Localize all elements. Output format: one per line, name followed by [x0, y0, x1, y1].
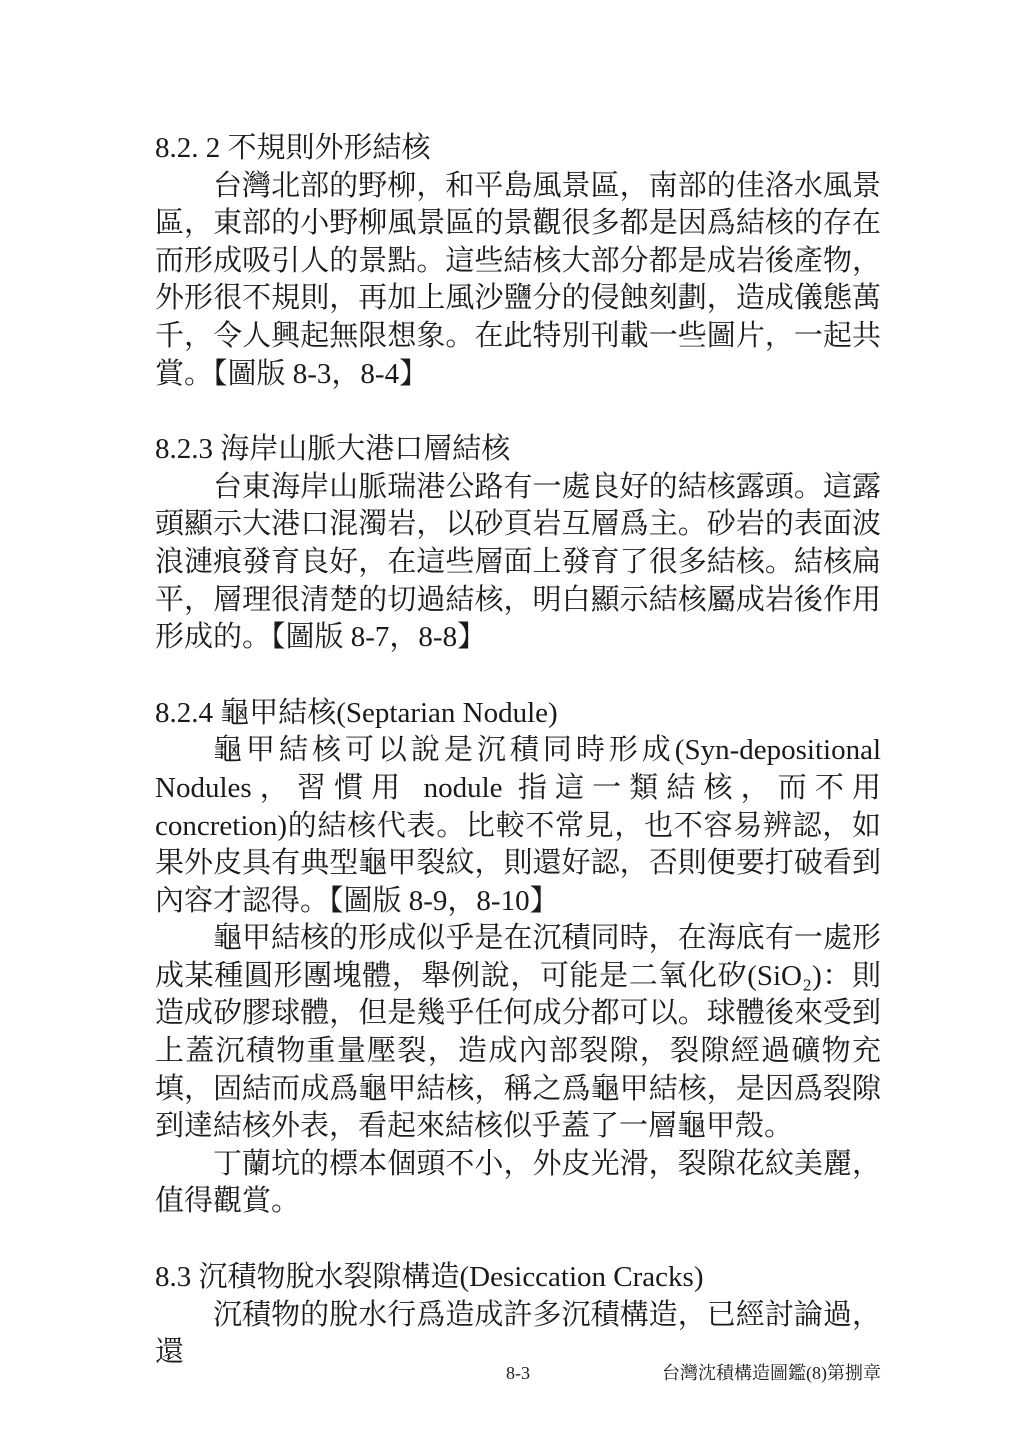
section-heading: 8.2.4 龜甲結核(Septarian Nodule) — [155, 695, 881, 733]
paragraph: 台東海岸山脈瑞港公路有一處良好的結核露頭。這露頭顯示大港口混濁岩，以砂頁岩互層爲… — [155, 469, 881, 657]
paragraph: 龜甲結核可以說是沉積同時形成(Syn-depositional Nodules，… — [155, 732, 881, 920]
document-page: 8.2. 2 不規則外形結核 台灣北部的野柳，和平島風景區，南部的佳洛水風景區，… — [0, 0, 1024, 1446]
section-heading: 8.3 沉積物脫水裂隙構造(Desiccation Cracks) — [155, 1259, 881, 1297]
page-number: 8-3 — [506, 1360, 530, 1386]
section-septarian-nodule: 8.2.4 龜甲結核(Septarian Nodule) 龜甲結核可以說是沉積同… — [155, 695, 881, 1221]
page-footer: 8-3 台灣沈積構造圖鑑(8)第捌章 — [155, 1360, 881, 1386]
section-coastal-range-nodules: 8.2.3 海岸山脈大港口層結核 台東海岸山脈瑞港公路有一處良好的結核露頭。這露… — [155, 431, 881, 657]
section-irregular-nodules: 8.2. 2 不規則外形結核 台灣北部的野柳，和平島風景區，南部的佳洛水風景區，… — [155, 130, 881, 393]
footer-chapter-label: 台灣沈積構造圖鑑(8)第捌章 — [662, 1360, 881, 1386]
section-heading: 8.2. 2 不規則外形結核 — [155, 130, 881, 168]
section-heading: 8.2.3 海岸山脈大港口層結核 — [155, 431, 881, 469]
section-desiccation-cracks: 8.3 沉積物脫水裂隙構造(Desiccation Cracks) 沉積物的脫水… — [155, 1259, 881, 1372]
paragraph: 台灣北部的野柳，和平島風景區，南部的佳洛水風景區，東部的小野柳風景區的景觀很多都… — [155, 168, 881, 394]
page-content: 8.2. 2 不規則外形結核 台灣北部的野柳，和平島風景區，南部的佳洛水風景區，… — [155, 130, 881, 1372]
paragraph: 龜甲結核的形成似乎是在沉積同時，在海底有一處形成某種圓形團塊體，舉例說，可能是二… — [155, 920, 881, 1146]
paragraph: 丁蘭坑的標本個頭不小，外皮光滑，裂隙花紋美麗，值得觀賞。 — [155, 1146, 881, 1221]
